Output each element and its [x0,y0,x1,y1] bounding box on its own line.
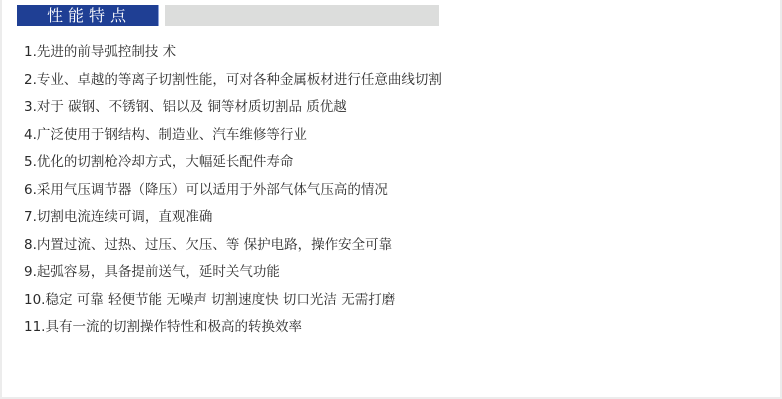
feature-item: 4.广泛使用于钢结构、制造业、汽车维修等行业 [24,122,442,150]
header-decorative-bar [165,5,439,26]
feature-item: 7.切割电流连续可调，直观准确 [24,204,442,232]
feature-item: 1.先进的前导弧控制技 术 [24,39,442,67]
feature-item: 11.具有一流的切割操作特性和极高的转换效率 [24,314,442,342]
feature-list: 1.先进的前导弧控制技 术 2.专业、卓越的等离子切割性能，可对各种金属板材进行… [24,39,442,342]
feature-item: 6.采用气压调节器（降压）可以适用于外部气体气压高的情况 [24,177,442,205]
feature-item: 2.专业、卓越的等离子切割性能，可对各种金属板材进行任意曲线切割 [24,67,442,95]
feature-item: 9.起弧容易，具备提前送气，延时关气功能 [24,259,442,287]
feature-item: 5.优化的切割枪冷却方式，大幅延长配件寿命 [24,149,442,177]
feature-item: 8.内置过流、过热、过压、欠压、等 保护电路，操作安全可靠 [24,232,442,260]
feature-item: 3.对于 碳钢、不锈钢、铝以及 铜等材质切割品 质优越 [24,94,442,122]
section-header: 性能特点 [17,5,439,26]
feature-panel: 性能特点 1.先进的前导弧控制技 术 2.专业、卓越的等离子切割性能，可对各种金… [2,0,780,397]
section-title: 性能特点 [17,5,159,26]
feature-item: 10.稳定 可靠 轻便节能 无噪声 切割速度快 切口光洁 无需打磨 [24,287,442,315]
